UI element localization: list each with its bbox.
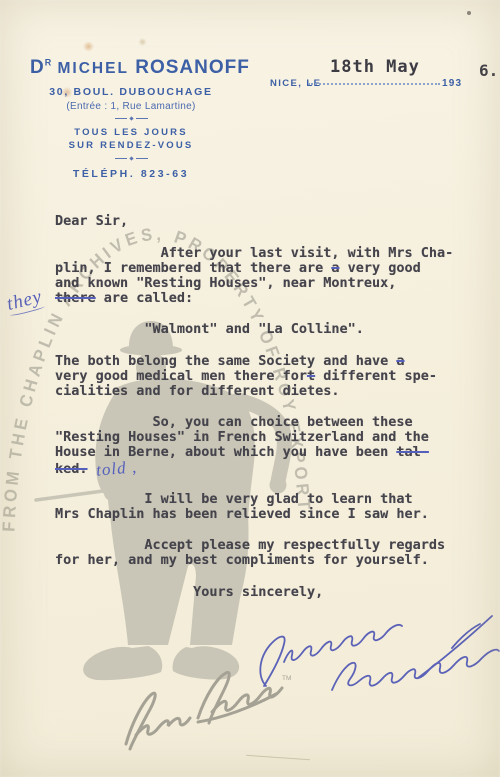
handwritten-signature bbox=[0, 0, 500, 777]
scanned-letter-page: FROM THE CHAPLIN ARCHIVES, PROPERTY OF R… bbox=[0, 0, 500, 777]
